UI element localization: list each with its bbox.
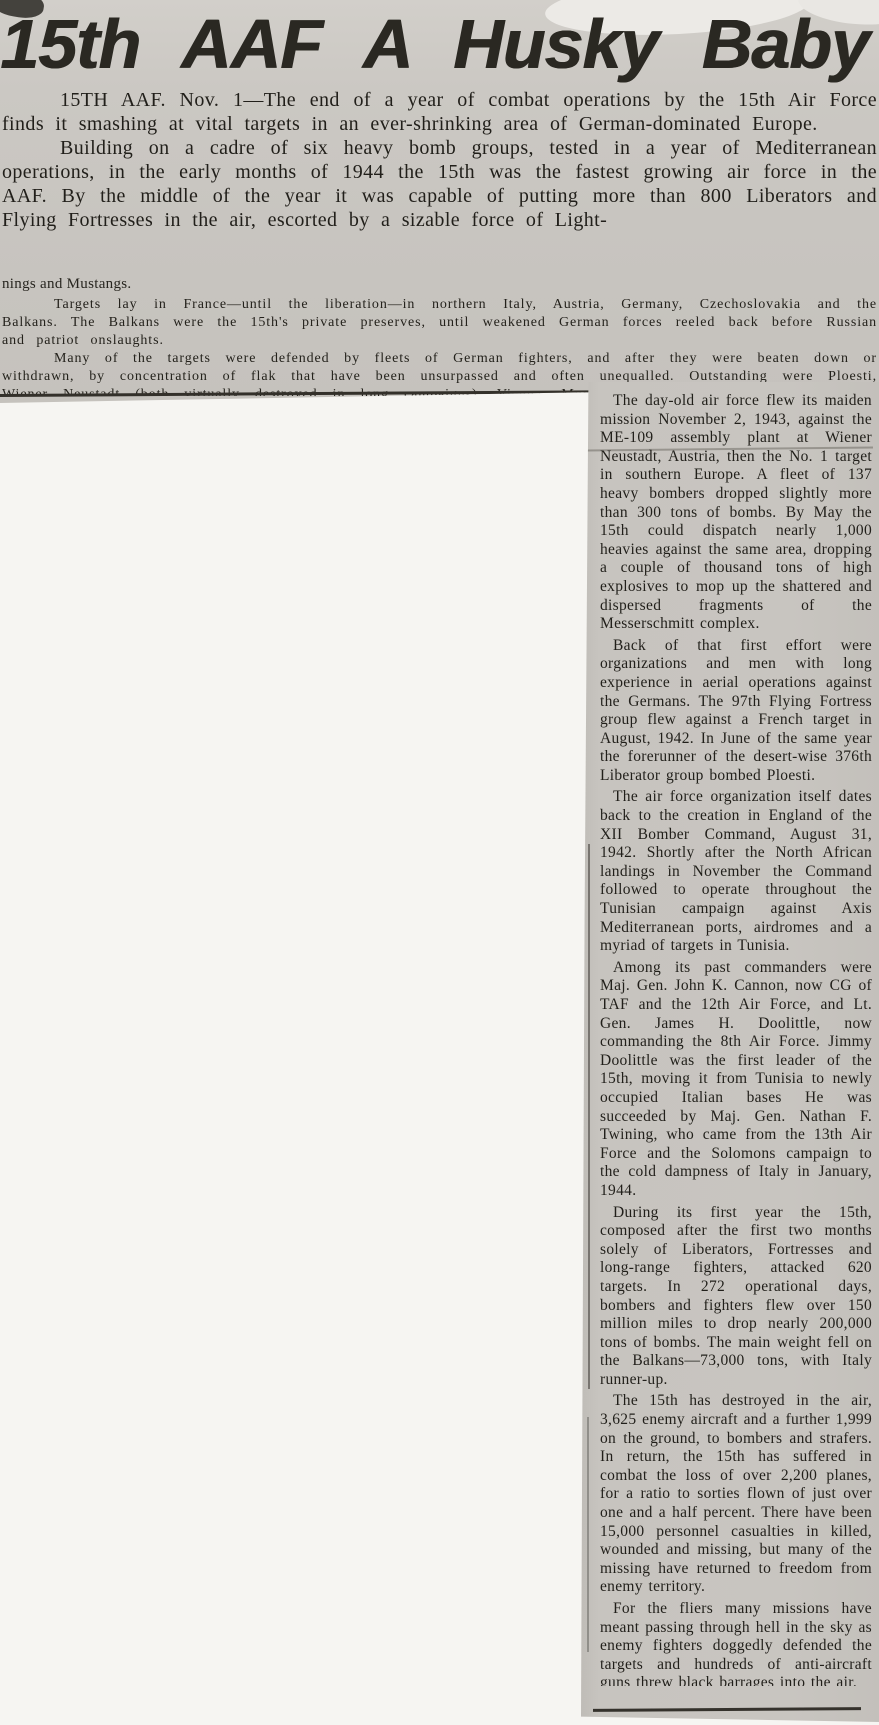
article-headline: 15th AAF A Husky Baby	[0, 4, 879, 86]
column-paragraph: Back of that first effort were organizat…	[600, 637, 872, 786]
sub-paragraphs: Targets lay in France—until the liberati…	[2, 296, 877, 396]
column-paragraph: During its first year the 15th, composed…	[600, 1204, 872, 1390]
column-paragraph: The 15th has destroyed in the air, 3,625…	[600, 1392, 872, 1597]
lead-paragraphs: 15TH AAF. Nov. 1—The end of a year of co…	[2, 88, 877, 276]
column-rule-left	[588, 844, 590, 1389]
top-article-clipping: 15th AAF A Husky Baby 15TH AAF. Nov. 1—T…	[0, 0, 879, 403]
continuation-column-clipping: The day-old air force flew its maiden mi…	[581, 382, 879, 1722]
body-paragraph: Targets lay in France—until the liberati…	[2, 296, 877, 350]
lead-paragraph: Building on a cadre of six heavy bomb gr…	[2, 136, 877, 232]
column-rule-left	[587, 1417, 589, 1652]
column-paragraphs: The day-old air force flew its maiden mi…	[600, 392, 872, 1686]
lead-paragraph: 15TH AAF. Nov. 1—The end of a year of co…	[2, 88, 877, 136]
printed-rule-bottom	[593, 1707, 861, 1712]
column-paragraph: The air force organization itself dates …	[600, 788, 872, 955]
column-paragraph: The day-old air force flew its maiden mi…	[600, 392, 872, 634]
column-paragraph: Among its past commanders were Maj. Gen.…	[600, 959, 872, 1201]
column-paragraph: For the fliers many missions have meant …	[600, 1600, 872, 1686]
newspaper-scan-page: { "colors": { "page_background": "#f6f5f…	[0, 0, 879, 1725]
lead-paragraph-continuation: nings and Mustangs.	[2, 276, 877, 293]
